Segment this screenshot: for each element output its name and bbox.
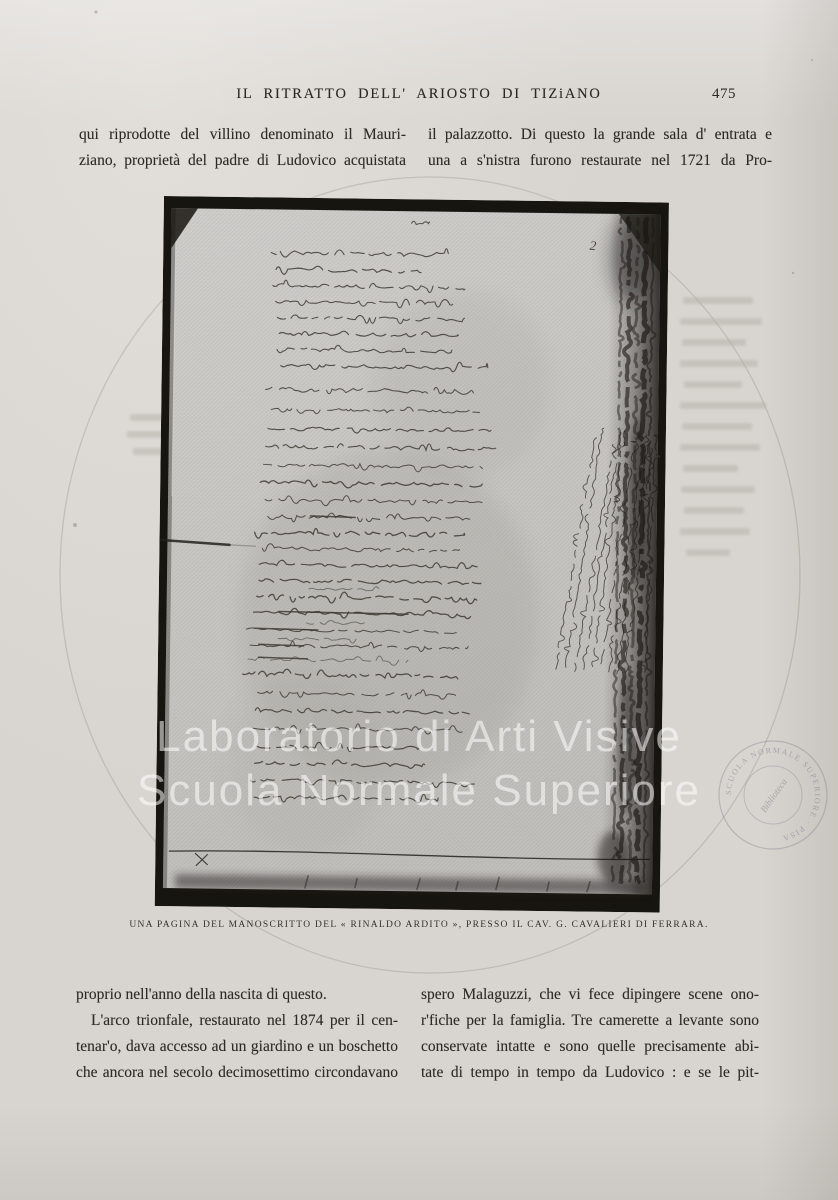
- text-line: ziano, proprietà del padre di Ludovico a…: [79, 148, 406, 174]
- text-line: che ancora nel secolo decimosettimo circ…: [76, 1060, 398, 1086]
- text-line: il palazzotto. Di questo la grande sala …: [428, 122, 772, 148]
- stamp-ring-text: SCUOLA NORMALE SUPERIORE · PISA: [724, 746, 822, 843]
- svg-text:SCUOLA NORMALE SUPERIORE · PIS: SCUOLA NORMALE SUPERIORE · PISA: [724, 746, 822, 843]
- figure-caption: UNA PAGINA DEL MANOSCRITTO DEL « RINALDO…: [0, 920, 838, 930]
- bottom-left-column: proprio nell'anno della nascita di quest…: [76, 982, 398, 1086]
- stamp-center-text: Biblioteca: [759, 777, 790, 815]
- text-line: conservate intatte e sono quelle precisa…: [421, 1034, 759, 1060]
- library-stamp: SCUOLA NORMALE SUPERIORE · PISA Bibliote…: [719, 741, 827, 849]
- text-line: spero Malaguzzi, che vi fece dipingere s…: [421, 982, 759, 1008]
- page-number: 475: [712, 86, 736, 103]
- manuscript-plate: 2: [155, 196, 669, 913]
- book-page: SCUOLA NORMALE SUPERIORE · PISA Bibliote…: [0, 0, 838, 1200]
- text-line: una a s'nistra furono restaurate nel 172…: [428, 148, 772, 174]
- bottom-right-column: spero Malaguzzi, che vi fece dipingere s…: [421, 982, 759, 1086]
- manuscript-photo: 2: [155, 196, 669, 913]
- text-line: L'arco trionfale, restaurato nel 1874 pe…: [76, 1008, 398, 1034]
- text-line: tate di tempo in tempo da Ludovico : e s…: [421, 1060, 759, 1086]
- text-line: proprio nell'anno della nascita di quest…: [76, 982, 398, 1008]
- text-line: r'fiche per la famiglia. Tre camerette a…: [421, 1008, 759, 1034]
- text-line: qui riprodotte del villino denominato il…: [79, 122, 406, 148]
- top-right-column: il palazzotto. Di questo la grande sala …: [428, 122, 772, 174]
- text-line: tenar'o, dava accesso ad un giardino e u…: [76, 1034, 398, 1060]
- top-left-column: qui riprodotte del villino denominato il…: [79, 122, 406, 174]
